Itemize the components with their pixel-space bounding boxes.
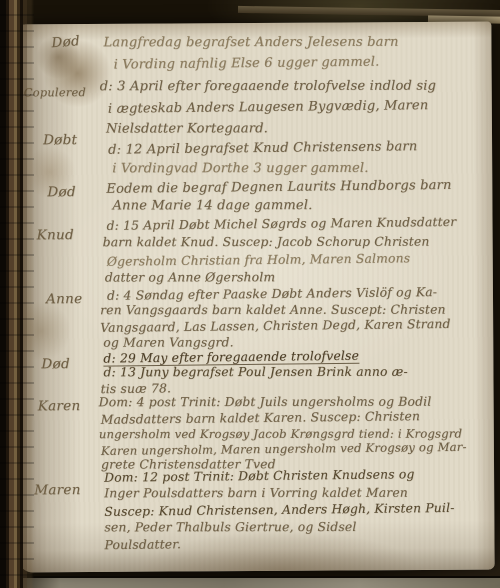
record-line: Karen ungersholm, Maren ungersholm ved K… [101, 440, 467, 458]
handwriting-layer: Død Copulered Døbt Død Knud Anne Død Kar… [15, 22, 494, 573]
record-line: og Maren Vangsgrd. [103, 335, 233, 349]
record-line: i ægteskab Anders Laugesen Bygvædig, Mar… [108, 98, 429, 117]
record-line: Dom: 12 post Trinit: Døbt Christen Knuds… [104, 467, 415, 485]
margin-label: Anne [46, 291, 82, 307]
record-line: Eodem die begraf Degnen Laurits Hundborg… [106, 178, 451, 197]
record-line: Madsdatters barn kaldet Karen. Suscep: C… [101, 409, 420, 427]
margin-label: Død [47, 184, 76, 200]
record-line: d: 3 April efter foregaaende trolofvelse… [100, 79, 436, 95]
record-line: Langfredag begrafset Anders Jelesens bar… [103, 35, 398, 51]
record-line: d: 15 April Døbt Michel Søgrds og Maren … [106, 215, 456, 233]
record-line: i Vordingvad Dorthe 3 ugger gammel. [112, 161, 368, 176]
manuscript-photo: Død Copulered Døbt Død Knud Anne Død Kar… [0, 0, 500, 588]
record-line: Inger Poulsdatters barn i Vorring kaldet… [104, 486, 408, 501]
record-line: ren Vangsgaards barn kaldet Anne. Suscep… [100, 303, 446, 318]
record-line: tis suæ 78. [100, 381, 171, 396]
record-line: d: 4 Søndag efter Paaske Døbt Anders Vis… [107, 285, 437, 303]
record-line: Suscep: Knud Christensen, Anders Høgh, K… [104, 501, 454, 519]
record-line: Vangsgaard, Las Lassen, Christen Degd, K… [100, 317, 451, 335]
record-line: datter og Anne Øgersholm [105, 270, 275, 284]
margin-label: Maren [34, 482, 81, 498]
book-spine-gutter [0, 0, 34, 588]
margin-label: Knud [37, 227, 74, 243]
record-line: Dom: 4 post Trinit: Døbt Juils ungershol… [99, 395, 432, 410]
margin-label: Karen [38, 398, 81, 414]
register-page: Død Copulered Døbt Død Knud Anne Død Kar… [15, 22, 494, 573]
record-line: ungersholm ved Krogsøy Jacob Krøngsgrd t… [99, 427, 462, 442]
margin-label: Død [51, 33, 81, 51]
record-line: Øgersholm Christian fra Holm, Maren Salm… [107, 251, 411, 268]
record-line: Nielsdatter Kortegaard. [106, 121, 268, 136]
record-line: i Vording nafnlig Else 6 ugger gammel. [113, 55, 379, 73]
record-line: d: 12 April begrafset Knud Christensens … [108, 139, 417, 158]
record-line: d: 13 Juny begrafset Poul Jensen Brink a… [103, 365, 407, 380]
record-line: barn kaldet Knud. Suscep: Jacob Schorup … [103, 235, 430, 250]
record-line: Poulsdatter. [104, 537, 181, 552]
margin-label: Døbt [43, 132, 77, 148]
record-line: sen, Peder Thalbuls Giertrue, og Sidsel [104, 520, 356, 534]
margin-label: Død [41, 356, 70, 372]
record-line: Anne Marie 14 dage gammel. [112, 198, 312, 213]
photo-bottom-edge [0, 576, 500, 588]
